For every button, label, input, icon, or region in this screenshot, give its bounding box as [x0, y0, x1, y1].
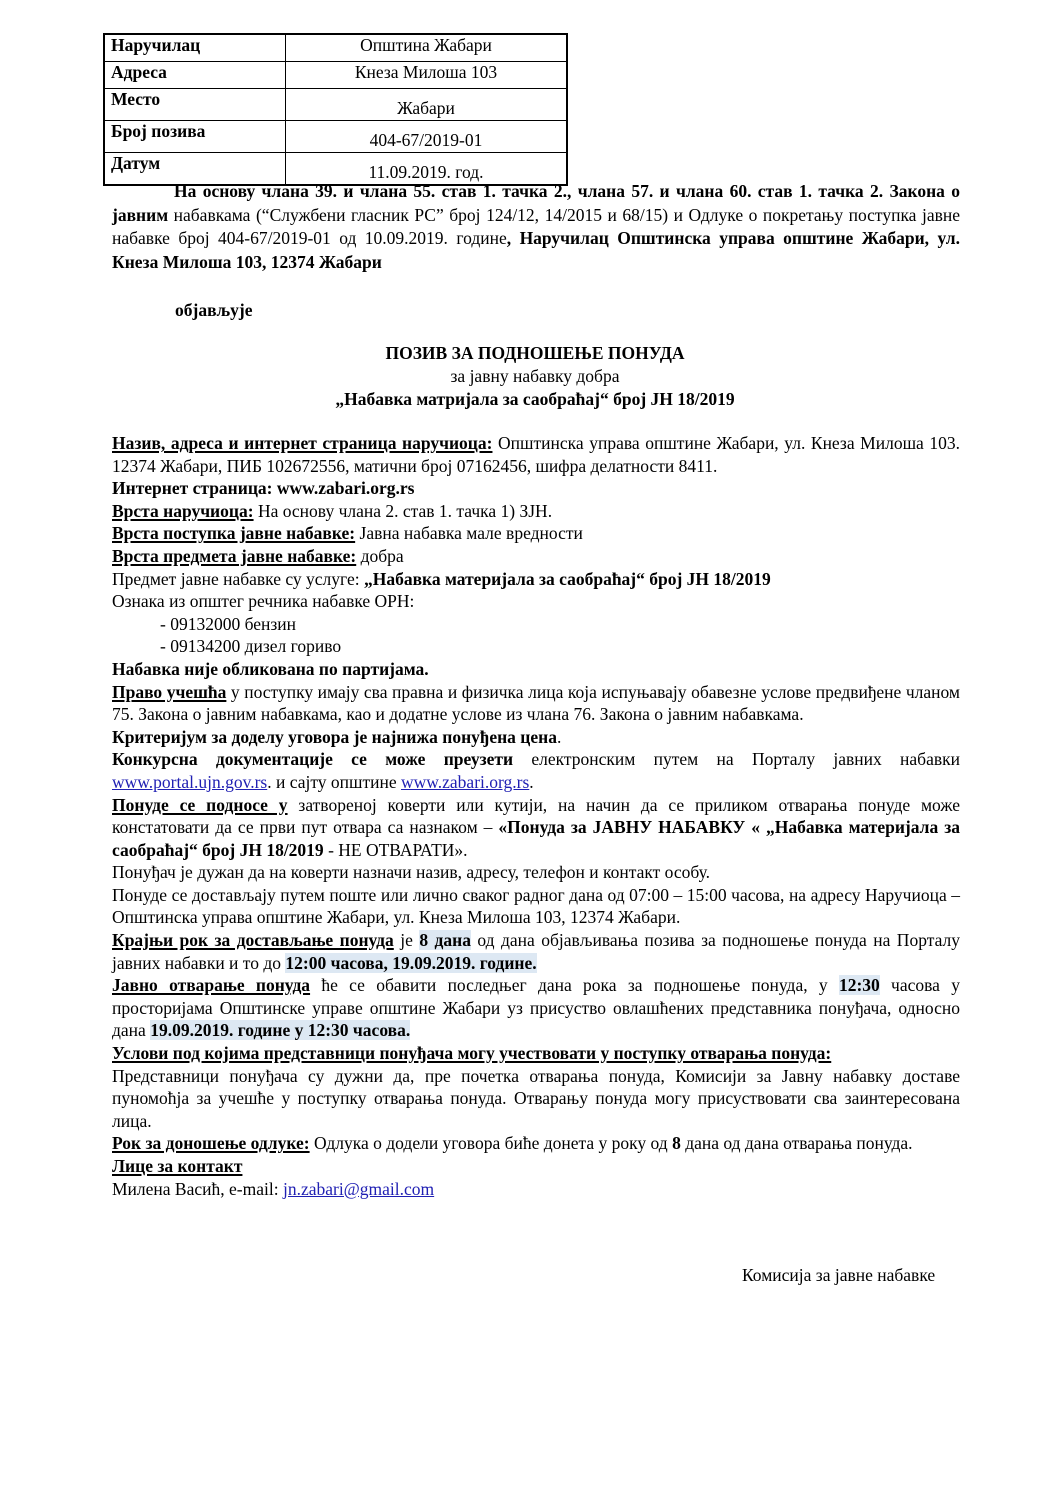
section-label: Критеријум за доделу уговора је најнижа …: [112, 727, 557, 747]
section-text: ће се обавити последњег дана рока за под…: [310, 975, 839, 995]
section-conditions-text: Представници понуђача су дужни да, пре п…: [112, 1065, 960, 1133]
opening-datetime: 19.09.2019. године у 12:30 часова.: [150, 1020, 410, 1040]
section-documentation: Конкурсна документације се може преузети…: [112, 748, 960, 793]
section-contracting-authority: Назив, адреса и интернет страница наручи…: [112, 432, 960, 477]
section-conditions-label: Услови под којима представници понуђача …: [112, 1042, 960, 1065]
portal-link[interactable]: www.portal.ujn.gov.rs: [112, 772, 267, 792]
table-label: Место: [104, 89, 286, 121]
document-page: Наручилац Општина Жабари Адреса Кнеза Ми…: [0, 0, 1058, 1497]
section-label: Рок за доношење одлуке:: [112, 1133, 310, 1153]
section-label: Конкурсна документације се може преузети: [112, 749, 513, 769]
table-row: Број позива 404-67/2019-01: [104, 121, 567, 153]
section-eligibility: Право учешћа у поступку имају сва правна…: [112, 681, 960, 726]
section-subject: Предмет јавне набавке су услуге: „Набавк…: [112, 568, 960, 591]
table-row: Наручилац Општина Жабари: [104, 34, 567, 62]
deadline-days: 8 дана: [419, 930, 471, 950]
section-cpv-label: Ознака из општег речника набавке ОРН:: [112, 590, 960, 613]
section-submission: Понуде се подносе у затвореној коверти и…: [112, 794, 960, 862]
section-text: На основу члана 2. став 1. тачка 1) ЗЈН.: [254, 501, 553, 521]
table-row: Место Жабари: [104, 89, 567, 121]
section-text: дана од дана отварања понуда.: [681, 1133, 913, 1153]
section-criterion: Критеријум за доделу уговора је најнижа …: [112, 726, 960, 749]
opening-time: 12:30: [839, 975, 880, 995]
section-label: Врста поступка јавне набавке:: [112, 523, 355, 543]
section-lots: Набавка није обликована по партијама.: [112, 658, 960, 681]
section-envelope: Понуђач је дужан да на коверти назначи н…: [112, 861, 960, 884]
section-label: Понуде се подносе у: [112, 795, 288, 815]
table-value: Кнеза Милоша 103: [286, 62, 568, 89]
subject-name: „Набавка материјала за саобраћај“ број Ј…: [364, 569, 771, 589]
table-value: 404-67/2019-01: [286, 121, 568, 153]
cpv-item: - 09134200 дизел гориво: [112, 635, 960, 658]
table-value: Жабари: [286, 89, 568, 121]
announces-label: објављује: [175, 300, 253, 321]
section-label: Назив, адреса и интернет страница наручи…: [112, 433, 492, 453]
header-info-table: Наручилац Општина Жабари Адреса Кнеза Ми…: [103, 33, 568, 186]
section-subject-type: Врста предмета јавне набавке: добра: [112, 545, 960, 568]
deadline-datetime: 12:00 часова, 19.09.2019. године.: [285, 953, 536, 973]
intro-paragraph: На основу члана 39. и члана 55. став 1. …: [112, 180, 960, 274]
signature: Комисија за јавне набавке: [742, 1265, 935, 1286]
section-label: Врста предмета јавне набавке:: [112, 546, 356, 566]
title-subtitle: за јавну набавку добра: [100, 365, 970, 388]
section-authority-type: Врста наручиоца: На основу члана 2. став…: [112, 500, 960, 523]
section-contact: Милена Васић, e-mail: jn.zabari@gmail.co…: [112, 1178, 960, 1201]
section-label: Врста наручиоца:: [112, 501, 254, 521]
section-procedure-type: Врста поступка јавне набавке: Јавна наба…: [112, 522, 960, 545]
contact-name: Милена Васић, e-mail:: [112, 1179, 283, 1199]
section-text: је: [394, 930, 420, 950]
section-text: .: [529, 772, 533, 792]
main-content: Назив, адреса и интернет страница наручи…: [112, 432, 960, 1200]
section-text: Одлука о додели уговора биће донета у ро…: [310, 1133, 672, 1153]
document-title: ПОЗИВ ЗА ПОДНОШЕЊЕ ПОНУДА за јавну набав…: [100, 342, 970, 411]
municipality-website-link[interactable]: www.zabari.org.rs: [401, 772, 529, 792]
title-main: ПОЗИВ ЗА ПОДНОШЕЊЕ ПОНУДА: [100, 342, 970, 365]
title-procurement-name: „Набавка матријала за саобраћај“ број ЈН…: [100, 388, 970, 411]
table-row: Адреса Кнеза Милоша 103: [104, 62, 567, 89]
section-text: . и сајту општине: [267, 772, 401, 792]
section-text: електронским путем на Порталу јавних наб…: [513, 749, 960, 769]
table-label: Адреса: [104, 62, 286, 89]
section-decision: Рок за доношење одлуке: Одлука о додели …: [112, 1132, 960, 1155]
section-website: Интернет страница: www.zabari.org.rs: [112, 477, 960, 500]
section-text: .: [557, 727, 561, 747]
table-label: Наручилац: [104, 34, 286, 62]
cpv-item: - 09132000 бензин: [112, 613, 960, 636]
section-deadline: Крајњи рок за достављање понуда је 8 дан…: [112, 929, 960, 974]
section-label: Јавно отварање понуда: [112, 975, 310, 995]
section-text: Предмет јавне набавке су услуге:: [112, 569, 364, 589]
section-delivery: Понуде се достављају путем поште или лич…: [112, 884, 960, 929]
section-text: - НЕ ОТВАРАТИ».: [324, 840, 468, 860]
section-label: Крајњи рок за достављање понуда: [112, 930, 394, 950]
section-contact-label: Лице за контакт: [112, 1155, 960, 1178]
table-label: Број позива: [104, 121, 286, 153]
section-label: Право учешћа: [112, 682, 226, 702]
section-text: у поступку имају сва правна и физичка ли…: [112, 682, 960, 725]
section-opening: Јавно отварање понуда ће се обавити посл…: [112, 974, 960, 1042]
decision-days: 8: [672, 1133, 681, 1153]
contact-email-link[interactable]: jn.zabari@gmail.com: [283, 1179, 434, 1199]
table-value: Општина Жабари: [286, 34, 568, 62]
section-text: добра: [356, 546, 403, 566]
section-text: Јавна набавка мале вредности: [355, 523, 583, 543]
